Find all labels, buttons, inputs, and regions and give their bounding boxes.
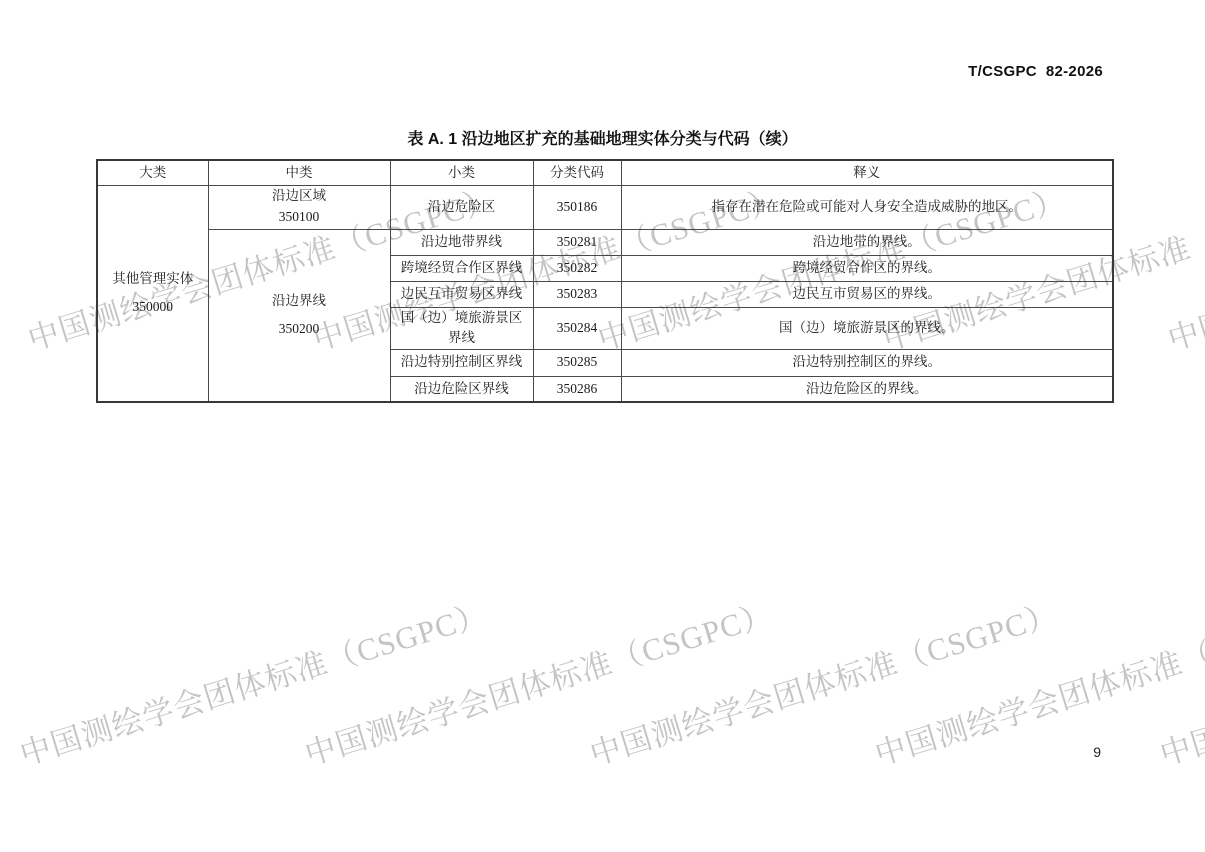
- cell-minor: 沿边危险区: [390, 185, 533, 229]
- major-category-name: 其他管理实体: [102, 265, 204, 293]
- cell-minor: 跨境经贸合作区界线: [390, 255, 533, 281]
- cell-definition: 跨境经贸合作区的界线。: [621, 255, 1113, 281]
- table-title: 表 A. 1 沿边地区扩充的基础地理实体分类与代码（续）: [0, 126, 1205, 149]
- page-number: 9: [1093, 744, 1101, 760]
- col-header-minor: 小类: [390, 160, 533, 185]
- cell-definition: 国（边）境旅游景区的界线。: [621, 307, 1113, 349]
- cell-definition: 沿边危险区的界线。: [621, 376, 1113, 402]
- cell-minor: 沿边特别控制区界线: [390, 349, 533, 376]
- cell-definition: 沿边特别控制区的界线。: [621, 349, 1113, 376]
- watermark-text: 中国测绘学会团体标准（CSGPC）: [1161, 174, 1205, 359]
- col-header-code: 分类代码: [533, 160, 621, 185]
- cell-code: 350283: [533, 281, 621, 307]
- classification-table: 大类 中类 小类 分类代码 释义 其他管理实体 350000 沿边区域 3501…: [96, 159, 1114, 403]
- middle-category-name: 沿边区域: [213, 186, 386, 207]
- col-header-major: 大类: [97, 160, 208, 185]
- cell-minor: 沿边危险区界线: [390, 376, 533, 402]
- table-row: 其他管理实体 350000 沿边区域 350100 沿边危险区 350186 指…: [97, 185, 1113, 229]
- cell-minor: 沿边地带界线: [390, 229, 533, 255]
- middle-category-cell-2: 沿边界线 350200: [208, 229, 390, 402]
- watermark-text: 中国测绘学会团体标准（CSGPC）: [583, 589, 1062, 774]
- middle-category-name: 沿边界线: [213, 287, 386, 315]
- major-category-code: 350000: [102, 293, 204, 321]
- cell-code: 350186: [533, 185, 621, 229]
- cell-code: 350281: [533, 229, 621, 255]
- cell-code: 350282: [533, 255, 621, 281]
- middle-category-cell-1: 沿边区域 350100: [208, 185, 390, 229]
- document-page: T/CSGPC 82-2026 表 A. 1 沿边地区扩充的基础地理实体分类与代…: [0, 0, 1205, 852]
- doc-code: T/CSGPC 82-2026: [968, 63, 1103, 80]
- cell-minor: 边民互市贸易区界线: [390, 281, 533, 307]
- cell-code: 350285: [533, 349, 621, 376]
- middle-category-code: 350100: [213, 207, 386, 228]
- table-row: 沿边界线 350200 沿边地带界线 350281 沿边地带的界线。: [97, 229, 1113, 255]
- major-category-cell: 其他管理实体 350000: [97, 185, 208, 402]
- cell-minor: 国（边）境旅游景区界线: [390, 307, 533, 349]
- cell-code: 350284: [533, 307, 621, 349]
- header-row: 大类 中类 小类 分类代码 释义: [97, 160, 1113, 185]
- watermark-text: 中国测绘学会团体标准（CSGPC）: [1153, 589, 1205, 774]
- cell-code: 350286: [533, 376, 621, 402]
- col-header-definition: 释义: [621, 160, 1113, 185]
- watermark-text: 中国测绘学会团体标准（CSGPC）: [868, 589, 1205, 774]
- middle-category-code: 350200: [213, 315, 386, 343]
- cell-definition: 指存在潜在危险或可能对人身安全造成威胁的地区。: [621, 185, 1113, 229]
- watermark-text: 中国测绘学会团体标准（CSGPC）: [13, 589, 492, 774]
- cell-definition: 沿边地带的界线。: [621, 229, 1113, 255]
- cell-definition: 边民互市贸易区的界线。: [621, 281, 1113, 307]
- col-header-middle: 中类: [208, 160, 390, 185]
- watermark-text: 中国测绘学会团体标准（CSGPC）: [298, 589, 777, 774]
